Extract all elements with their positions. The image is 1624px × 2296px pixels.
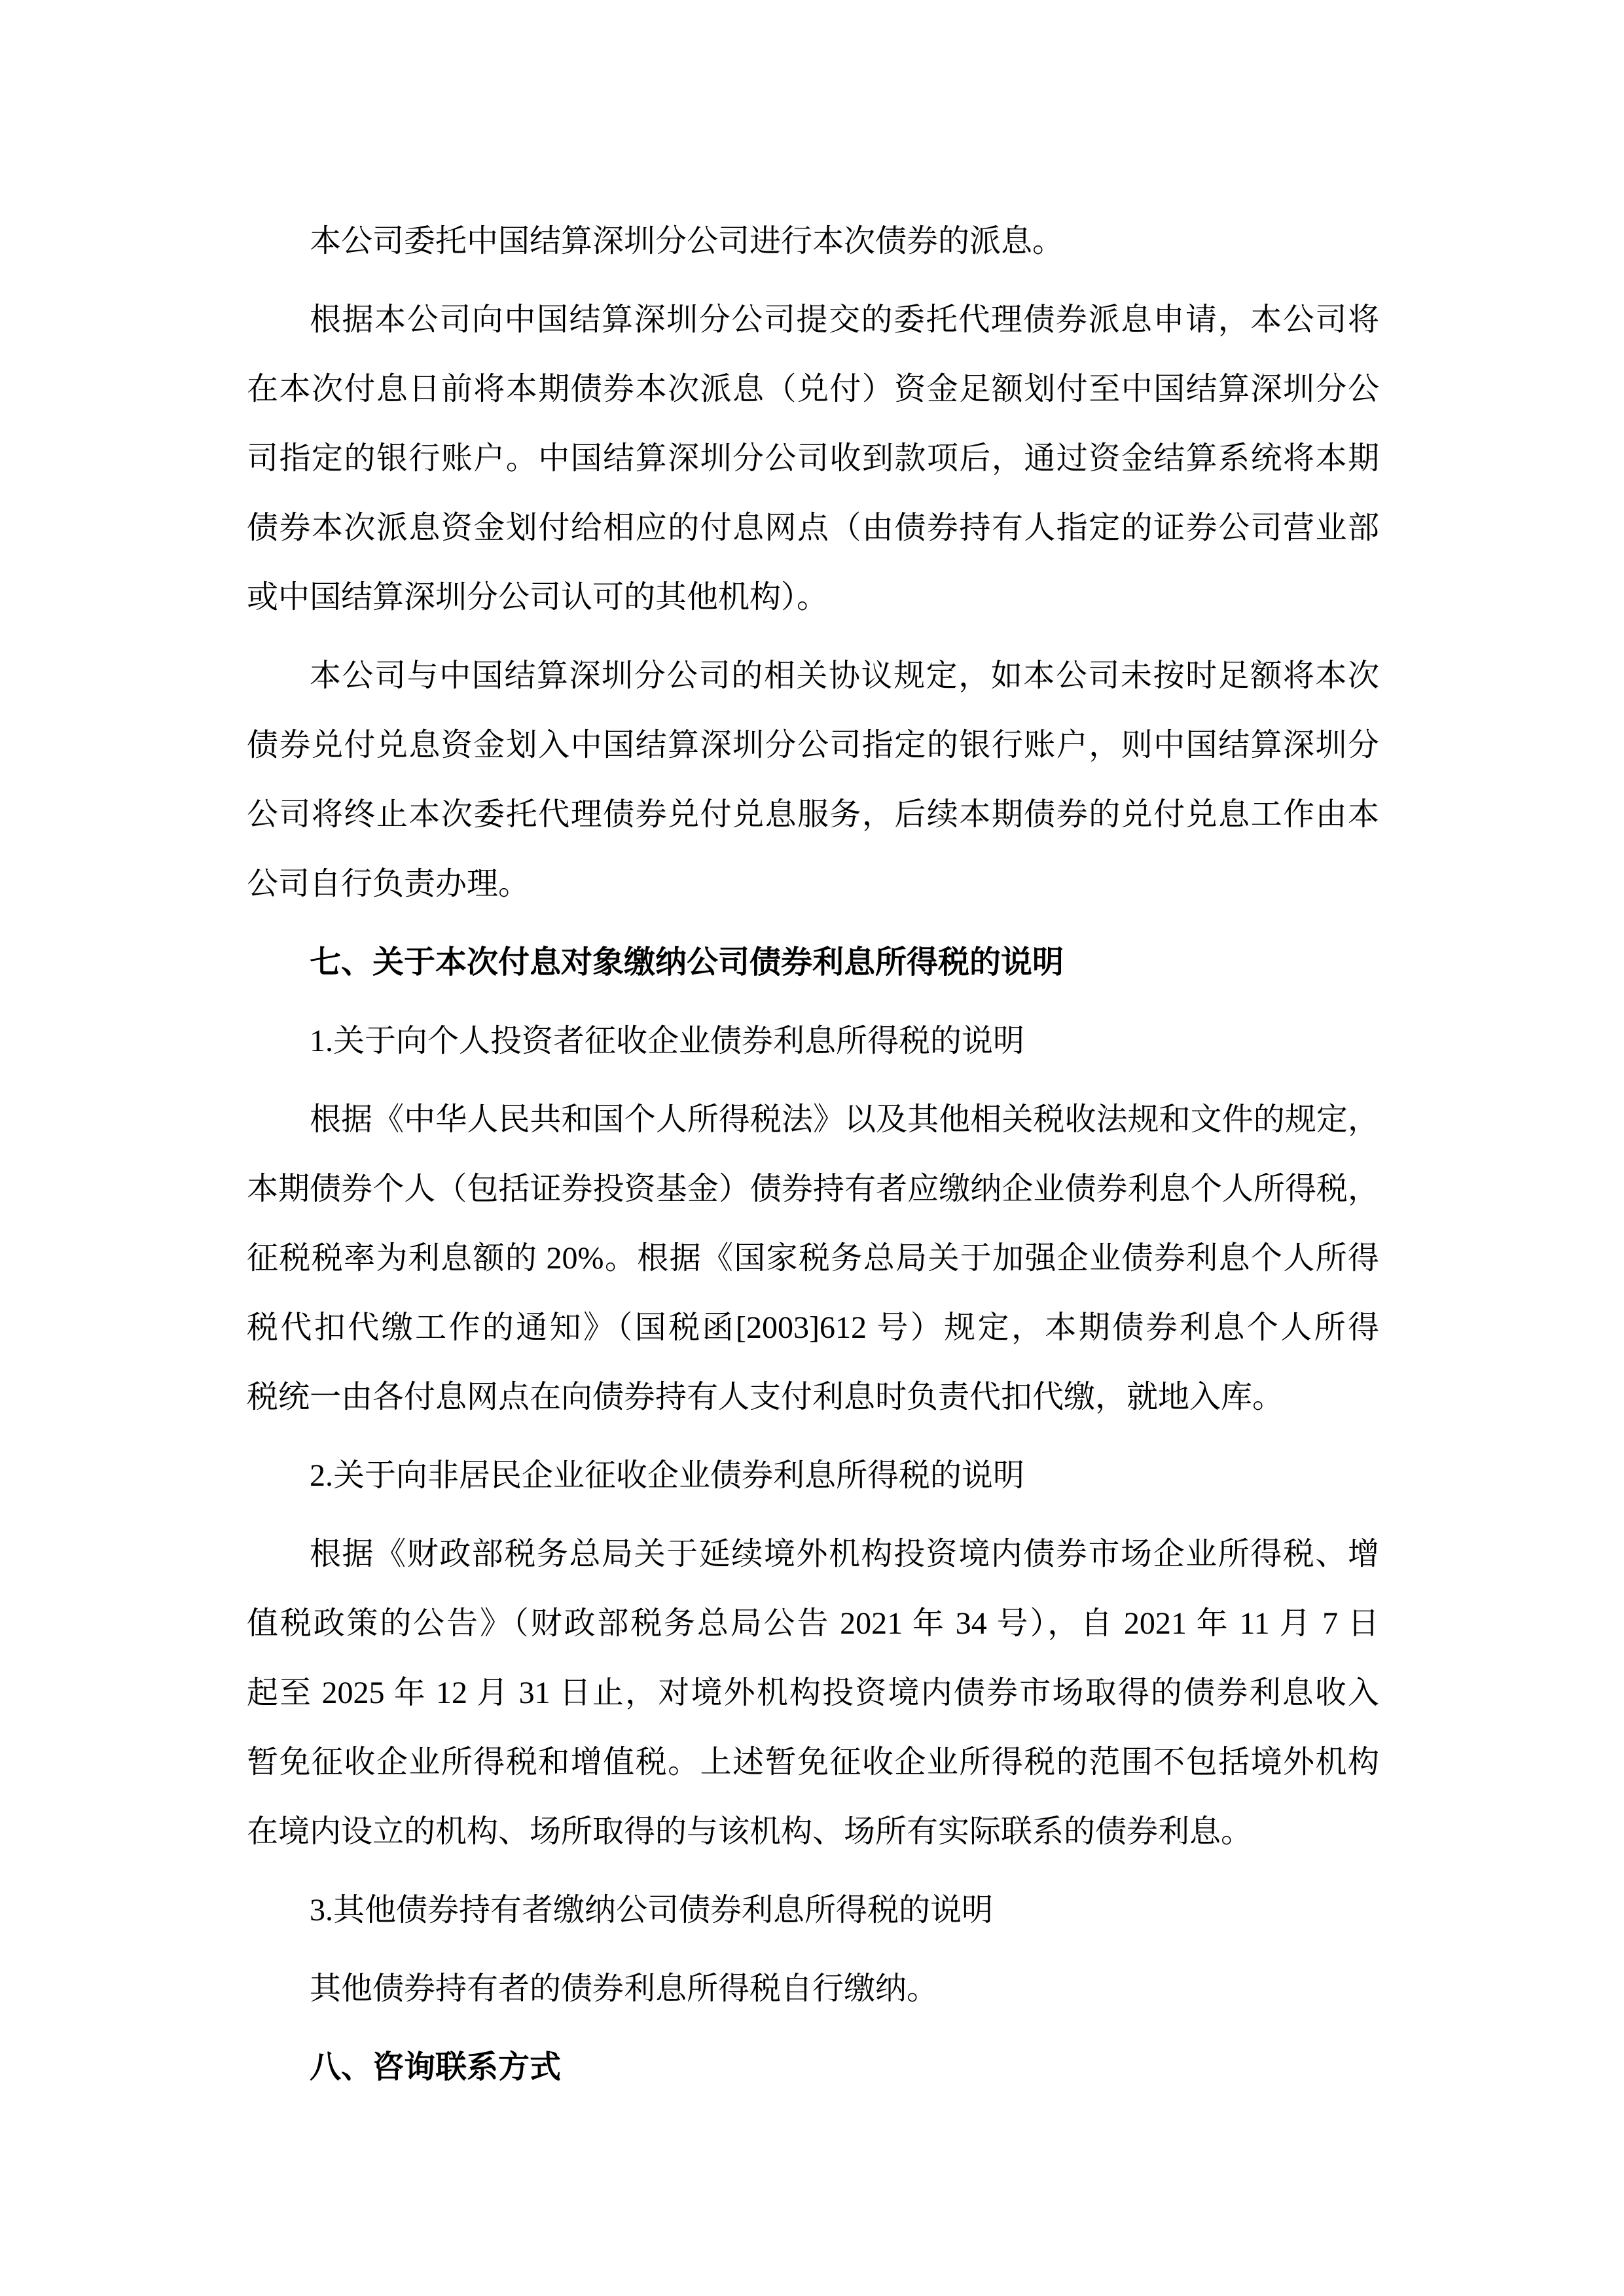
text-line: 在境内设立的机构、场所取得的与该机构、场所有实际联系的债券利息。 [247,1797,1379,1867]
paragraph-nonresident-tax-exemption: 根据《财政部税务总局关于延续境外机构投资境内债券市场企业所得税、增值税政策的公告… [247,1520,1379,1867]
text-line: 公司自行负责办理。 [247,850,1379,919]
paragraph-entrust-payment: 本公司委托中国结算深圳分公司进行本次债券的派息。 [247,207,1379,276]
text-line: 税代扣代缴工作的通知》（国税函[2003]612 号）规定，本期债券利息个人所得 [247,1293,1379,1363]
text-line: 值税政策的公告》（财政部税务总局公告 2021 年 34 号），自 2021 年… [247,1589,1379,1659]
paragraph-transfer-process: 根据本公司向中国结算深圳分公司提交的委托代理债券派息申请，本公司将在本次付息日前… [247,285,1379,632]
text-line: 在本次付息日前将本期债券本次派息（兑付）资金足额划付至中国结算深圳分公 [247,355,1379,424]
text-line: 2.关于向非居民企业征收企业债券利息所得税的说明 [247,1441,1379,1511]
text-line: 根据本公司向中国结算深圳分公司提交的委托代理债券派息申请，本公司将 [247,285,1379,355]
text-line: 1.关于向个人投资者征收企业债券利息所得税的说明 [247,1007,1379,1076]
text-line: 八、咨询联系方式 [247,2033,1379,2102]
text-line: 起至 2025 年 12 月 31 日止，对境外机构投资境内债券市场取得的债券利… [247,1659,1379,1728]
text-line: 七、关于本次付息对象缴纳公司债券利息所得税的说明 [247,928,1379,997]
heading-section-7-tax-statement: 七、关于本次付息对象缴纳公司债券利息所得税的说明 [247,928,1379,997]
item-3-other-holders-title: 3.其他债券持有者缴纳公司债券利息所得税的说明 [247,1876,1379,1945]
text-line: 公司将终止本次委托代理债券兑付兑息服务，后续本期债券的兑付兑息工作由本 [247,780,1379,850]
text-line: 征税税率为利息额的 20%。根据《国家税务总局关于加强企业债券利息个人所得 [247,1224,1379,1293]
text-line: 债券本次派息资金划付给相应的付息网点（由债券持有人指定的证券公司营业部 [247,493,1379,563]
paragraph-agreement-termination: 本公司与中国结算深圳分公司的相关协议规定，如本公司未按时足额将本次债券兑付兑息资… [247,641,1379,919]
text-line: 其他债券持有者的债券利息所得税自行缴纳。 [247,1954,1379,2024]
text-line: 暂免征收企业所得税和增值税。上述暂免征收企业所得税的范围不包括境外机构 [247,1728,1379,1797]
text-line: 司指定的银行账户。中国结算深圳分公司收到款项后，通过资金结算系统将本期 [247,424,1379,493]
text-line: 本期债券个人（包括证券投资基金）债券持有者应缴纳企业债券利息个人所得税， [247,1155,1379,1224]
text-line: 3.其他债券持有者缴纳公司债券利息所得税的说明 [247,1876,1379,1945]
document-page: 本公司委托中国结算深圳分公司进行本次债券的派息。根据本公司向中国结算深圳分公司提… [0,0,1624,2296]
text-line: 本公司委托中国结算深圳分公司进行本次债券的派息。 [247,207,1379,276]
heading-section-8-contact: 八、咨询联系方式 [247,2033,1379,2102]
item-2-nonresident-enterprises-title: 2.关于向非居民企业征收企业债券利息所得税的说明 [247,1441,1379,1511]
text-line: 根据《财政部税务总局关于延续境外机构投资境内债券市场企业所得税、增 [247,1520,1379,1589]
text-line: 债券兑付兑息资金划入中国结算深圳分公司指定的银行账户，则中国结算深圳分 [247,711,1379,780]
document-content: 本公司委托中国结算深圳分公司进行本次债券的派息。根据本公司向中国结算深圳分公司提… [247,207,1379,2102]
paragraph-other-holders-self-pay: 其他债券持有者的债券利息所得税自行缴纳。 [247,1954,1379,2024]
item-1-individual-investors-title: 1.关于向个人投资者征收企业债券利息所得税的说明 [247,1007,1379,1076]
text-line: 根据《中华人民共和国个人所得税法》以及其他相关税收法规和文件的规定， [247,1085,1379,1155]
text-line: 税统一由各付息网点在向债券持有人支付利息时负责代扣代缴，就地入库。 [247,1363,1379,1432]
paragraph-individual-income-tax: 根据《中华人民共和国个人所得税法》以及其他相关税收法规和文件的规定，本期债券个人… [247,1085,1379,1432]
text-line: 或中国结算深圳分公司认可的其他机构）。 [247,563,1379,632]
text-line: 本公司与中国结算深圳分公司的相关协议规定，如本公司未按时足额将本次 [247,641,1379,711]
